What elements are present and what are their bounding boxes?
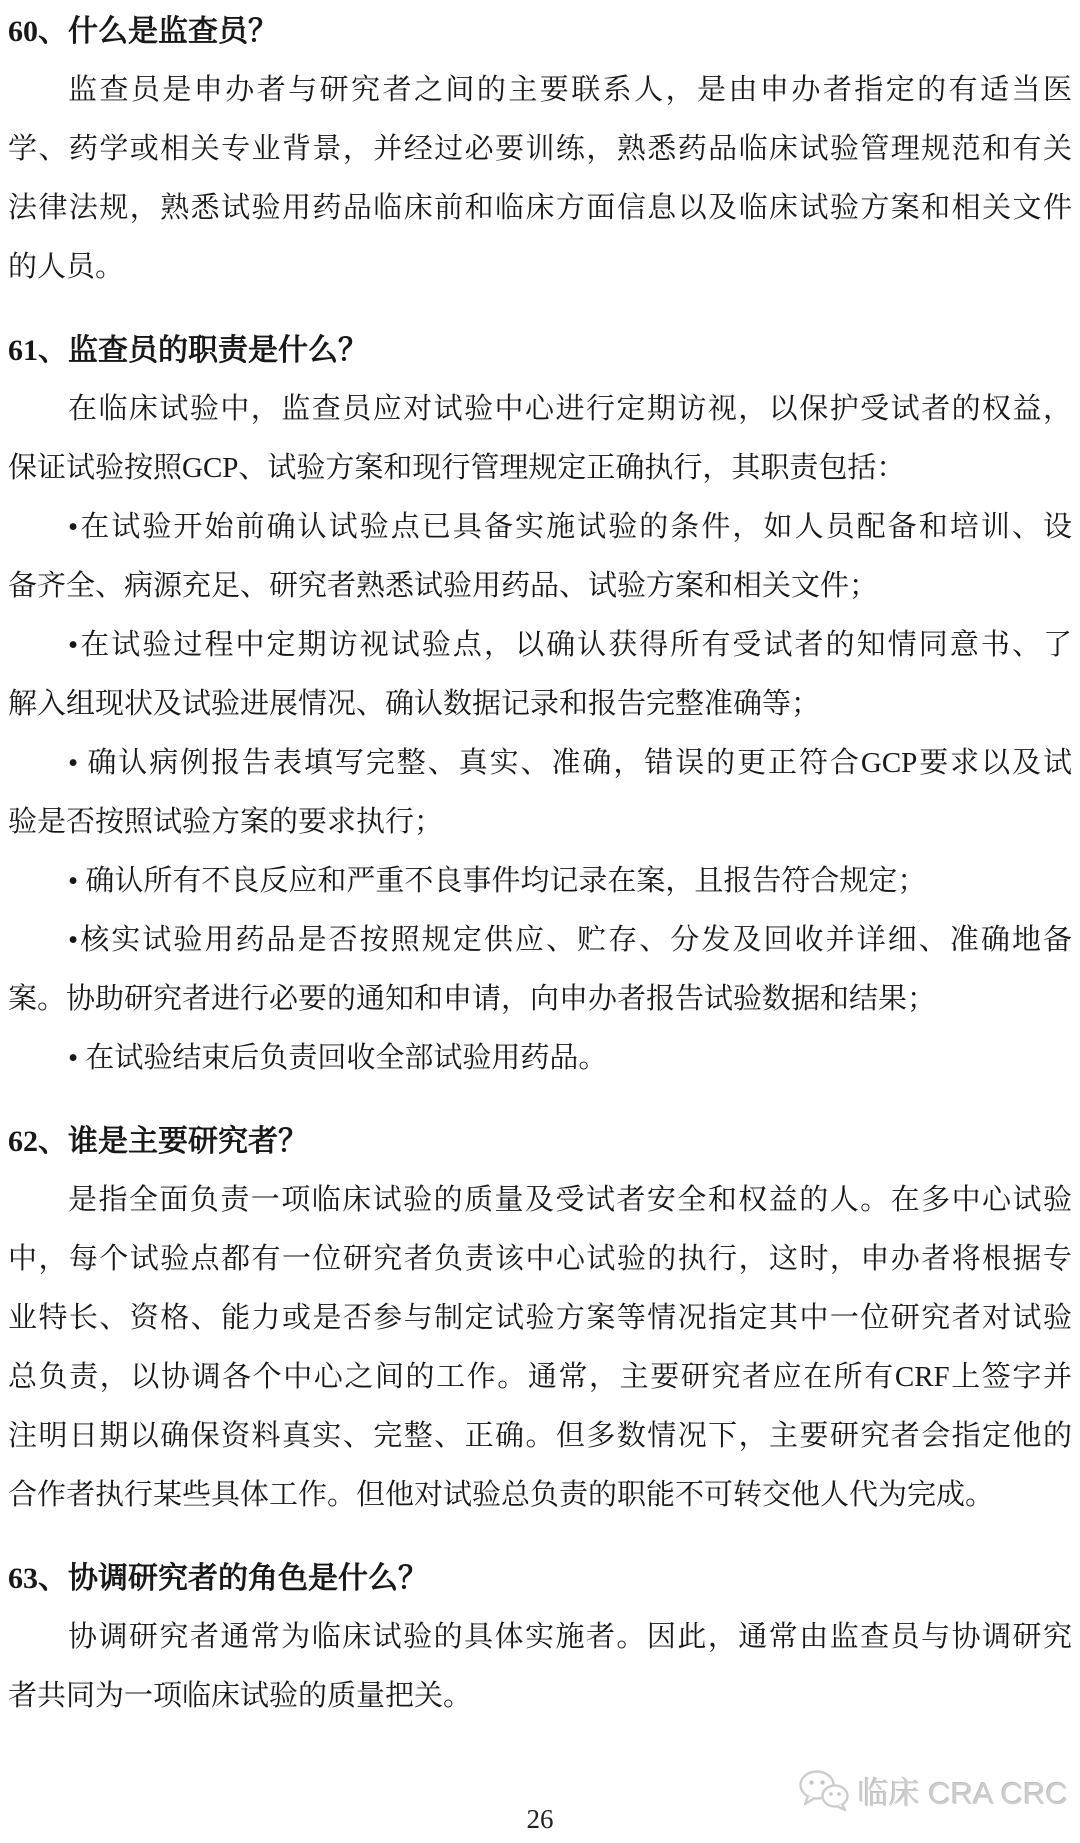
- text-line: 解入组现状及试验进展情况、确认数据记录和报告完整准确等；: [8, 675, 1072, 734]
- bullet-line: • 在试验结束后负责回收全部试验用药品。: [8, 1029, 1072, 1088]
- document-body: 60、什么是监查员？监查员是申办者与研究者之间的主要联系人，是由申办者指定的有适…: [0, 0, 1080, 1726]
- text-line: 学、药学或相关专业背景，并经过必要训练，熟悉药品临床试验管理规范和有关: [8, 120, 1072, 179]
- text-line: 案。协助研究者进行必要的通知和申请，向申办者报告试验数据和结果；: [8, 970, 1072, 1029]
- bullet-line: •核实试验用药品是否按照规定供应、贮存、分发及回收并详细、准确地备: [8, 911, 1072, 970]
- text-line: 是指全面负责一项临床试验的质量及受试者安全和权益的人。在多中心试验: [8, 1171, 1072, 1230]
- text-line: 在临床试验中，监查员应对试验中心进行定期访视，以保护受试者的权益，: [8, 380, 1072, 439]
- text-line: 监查员是申办者与研究者之间的主要联系人，是由申办者指定的有适当医: [8, 61, 1072, 120]
- section-heading-1: 61、监查员的职责是什么？: [8, 321, 1072, 380]
- section-heading-3: 63、协调研究者的角色是什么？: [8, 1549, 1072, 1608]
- bullet-line: • 确认所有不良反应和严重不良事件均记录在案，且报告符合规定；: [8, 852, 1072, 911]
- section-heading-2: 62、谁是主要研究者？: [8, 1112, 1072, 1171]
- text-line: 业特长、资格、能力或是否参与制定试验方案等情况指定其中一位研究者对试验: [8, 1289, 1072, 1348]
- text-line: 的人员。: [8, 238, 1072, 297]
- bullet-line: • 确认病例报告表填写完整、真实、准确，错误的更正符合GCP要求以及试: [8, 734, 1072, 793]
- section-heading-0: 60、什么是监查员？: [8, 2, 1072, 61]
- bullet-line: •在试验开始前确认试验点已具备实施试验的条件，如人员配备和培训、设: [8, 498, 1072, 557]
- text-line: 中，每个试验点都有一位研究者负责该中心试验的执行，这时，申办者将根据专: [8, 1230, 1072, 1289]
- page-number: 26: [0, 1804, 1080, 1835]
- bullet-line: •在试验过程中定期访视试验点，以确认获得所有受试者的知情同意书、了: [8, 616, 1072, 675]
- text-line: 合作者执行某些具体工作。但他对试验总负责的职能不可转交他人代为完成。: [8, 1466, 1072, 1525]
- text-line: 保证试验按照GCP、试验方案和现行管理规定正确执行，其职责包括：: [8, 439, 1072, 498]
- text-line: 者共同为一项临床试验的质量把关。: [8, 1667, 1072, 1726]
- text-line: 协调研究者通常为临床试验的具体实施者。因此，通常由监查员与协调研究: [8, 1608, 1072, 1667]
- document-page: { "page": { "background": "#ffffff", "te…: [0, 0, 1080, 1843]
- text-line: 法律法规，熟悉试验用药品临床前和临床方面信息以及临床试验方案和相关文件: [8, 179, 1072, 238]
- text-line: 备齐全、病源充足、研究者熟悉试验用药品、试验方案和相关文件；: [8, 557, 1072, 616]
- text-line: 验是否按照试验方案的要求执行；: [8, 793, 1072, 852]
- text-line: 总负责，以协调各个中心之间的工作。通常，主要研究者应在所有CRF上签字并: [8, 1348, 1072, 1407]
- text-line: 注明日期以确保资料真实、完整、正确。但多数情况下，主要研究者会指定他的: [8, 1407, 1072, 1466]
